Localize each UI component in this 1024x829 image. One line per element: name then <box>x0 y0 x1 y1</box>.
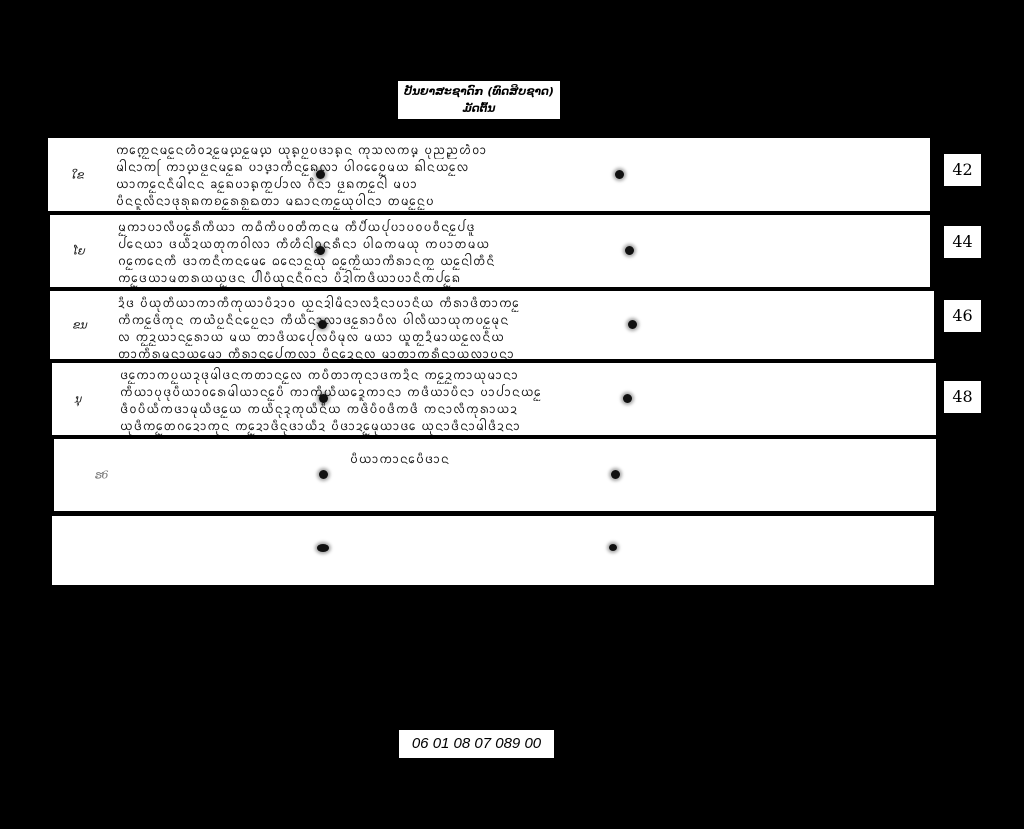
leaf-margin-note: ຮ6 <box>94 469 109 482</box>
leaf-text: ᨯᩥᨴ ᨷᩥᨿᩩᨲᩥᨿᩣᨠᩣᨠᩥᨠᩩᨿᩣᨷᩥᨯᩣᩅ ᨿᩬᨶᨯᩤᨾᩥᨶᩣᩃᨯᩥᨶᩣ… <box>118 295 914 359</box>
leaf-text: ᨴᩮᩬᨠᩣᨠᨷᩬᨿᨯᩩᨴᩩᨾᩤᨴᨶᨠᨲᩣᨶᩮᩬᩃ ᨠᨷᩥᨲᩣᨠᩩᨶᩣᨴᨠᨯᩥᨶ … <box>120 367 916 435</box>
leaf-line: ᨿᩣᨠᩮᩬᨶᨶᩥᨾᩤᨶᨶ ᨡᩮᩬᨦᨷᩣ᩠ᨦᨠᩬᨸᩣᩃ ᨣᩥᨶᩣ ᨴᩬᨦᨠᩮᩬᨶᩤ… <box>116 176 910 193</box>
binding-hole-icon <box>628 320 637 329</box>
page-number-tag: 48 <box>944 381 981 413</box>
leaf-line: ᨲᩣᨠᩥᩁᩩᨾᨶᩣᨿᩮᩬᨾᩣ ᨠᩥᩁᩣᨶᩮᩬᨸᩩᨠᩬᩃᩣ ᨷᩥᨶᩮᨯᩪᨶᩬᩃ ᨾ… <box>118 346 914 359</box>
binding-hole-icon <box>623 394 632 403</box>
leaf-line: ᨾᩤᨶᩣᨠᩕ ᨠᩣ᩠ᨿᨴᩬᨶᨾᩮᩬᨦ ᨷᩣ᩠ᨴᩣᨠᩥᨶᩮᩬᨦᩃᩣ ᨷᩤᨣᩯᩅᩬᨾ… <box>116 159 910 176</box>
leaf-line: ᨷᩥᨿᩣᨠᩣᨶᩮᨷᩥᨴᩣᨶ <box>350 451 916 468</box>
leaf-margin-note: ຂນ <box>72 319 87 332</box>
palm-leaf-3: ຂນ ᨯᩥᨴ ᨷᩥᨿᩩᨲᩥᨿᩣᨠᩣᨠᩥᨠᩩᨿᩣᨷᩥᨯᩣᩅ ᨿᩬᨶᨯᩤᨾᩥᨶᩣᩃᨯ… <box>50 291 934 359</box>
palm-leaf-6 <box>52 516 934 585</box>
leaf-line: ᨠᩮ᩠ᨠᩬᨶᨾᩮᩬᨶᩉᩫᩅᨯᩮᩬᨾ᩠ᨿᩮᩬᨾ᩠ᨿ ᨿᩩ᩠ᨦᨷᩬᨷᨴᩣ᩠ᨦᨶ ᨠᩩ… <box>116 142 910 159</box>
leaf-text: ᨾᩬᨠᩣᨷᩣᩃᩥᨷᩮᩬᩁᩥᨠᩥᨿᩣ ᨠᨵᩥᨠᩥᨷᩅᨲᩥᨠᨶᨾ ᨠᩥᨸᩥᨿᨸᩩᨷᩣ… <box>118 219 910 287</box>
binding-hole-icon <box>625 246 634 255</box>
leaf-line: ᨠᩥᨿᩣᨷᩩᨴᩩᨷᩥᨿᩣᩅᩮᩁᨾᩤᨿᩣᨶᩮᩬᨷᩥ ᨠᩣᨠᩥᨿᩥᨿᩮᨯᩪᨠᩣᨶᩣ … <box>120 384 916 401</box>
leaf-text: ᨷᩥᨿᩣᨠᩣᨶᩮᨷᩥᨴᩣᨶ <box>350 451 916 468</box>
palm-leaf-4: ນຸ ᨴᩮᩬᨠᩣᨠᨷᩬᨿᨯᩩᨴᩩᨾᩤᨴᨶᨠᨲᩣᨶᩮᩬᩃ ᨠᨷᩥᨲᩣᨠᩩᨶᩣᨴᨠᨯ… <box>52 363 936 435</box>
binding-hole-icon <box>319 394 328 403</box>
leaf-margin-note: ໃຂ <box>70 168 84 181</box>
leaf-margin-note: ນຸ <box>74 393 81 406</box>
binding-hole-icon <box>316 170 325 179</box>
leaf-margin-note: ໂຍ <box>72 245 85 258</box>
binding-hole-icon <box>316 246 325 255</box>
leaf-line: ᩃ ᨠᩬᨯᩬᨿᩣᨶᩮᩬᩁᩣᨿ ᨾᨿ ᨲᩣᨴᩥᨿᩮᨸᩩᩃᨷᩥᨾᩩᩃ ᨾᨿᩣ ᨿᩪᨲ… <box>118 329 914 346</box>
palm-leaf-1: ໃຂ ᨠᩮ᩠ᨠᩬᨶᨾᩮᩬᨶᩉᩫᩅᨯᩮᩬᨾ᩠ᨿᩮᩬᨾ᩠ᨿ ᨿᩩ᩠ᨦᨷᩬᨷᨴᩣ᩠ᨦᨶ… <box>48 138 930 211</box>
leaf-line: ᨴᩮᩬᨠᩣᨠᨷᩬᨿᨯᩩᨴᩩᨾᩤᨴᨶᨠᨲᩣᨶᩮᩬᩃ ᨠᨷᩥᨲᩣᨠᩩᨶᩣᨴᨠᨯᩥᨶ … <box>120 367 916 384</box>
leaf-line: ᨯᩥᨴ ᨷᩥᨿᩩᨲᩥᨿᩣᨠᩣᨠᩥᨠᩩᨿᩣᨷᩥᨯᩣᩅ ᨿᩬᨶᨯᩤᨾᩥᨶᩣᩃᨯᩥᨶᩣ… <box>118 295 914 312</box>
leaf-text: ᨠᩮ᩠ᨠᩬᨶᨾᩮᩬᨶᩉᩫᩅᨯᩮᩬᨾ᩠ᨿᩮᩬᨾ᩠ᨿ ᨿᩩ᩠ᨦᨷᩬᨷᨴᩣ᩠ᨦᨶ ᨠᩩ… <box>116 142 910 210</box>
leaf-line: ᨾᩬᨠᩣᨷᩣᩃᩥᨷᩮᩬᩁᩥᨠᩥᨿᩣ ᨠᨵᩥᨠᩥᨷᩅᨲᩥᨠᨶᨾ ᨠᩥᨸᩥᨿᨸᩩᨷᩣ… <box>118 219 910 236</box>
binding-hole-icon <box>317 544 329 552</box>
binding-hole-icon <box>609 544 617 551</box>
binding-hole-icon <box>615 170 624 179</box>
title-line-1: ປັນຍາສະຊາດົກ (ທົດສິບຊາດ) <box>398 83 560 100</box>
leaf-line: ᨸᩮᨶᨿᩣ ᨴᨿᩥᨯᨿᨲᩩᨠᩅᩤᩃᩣ ᨠᩥᩉᩥᨶᩤᩅᩬᩬᨶᩁᩥᨶᩣ ᨷᩤᨵᨠᨾᨿ… <box>118 236 910 253</box>
reference-number-label: 06 01 08 07 089 00 <box>399 730 554 758</box>
leaf-line: ᨠᩥᨠᩮᩬᨴᩥᨠᩩᨶ ᨠᨿᩫᨷᩬᨶᩥᨶᩮᨷᩬᨶᩣ ᨠᩥᨿᩥᨶᩣᩃᩣᨴᩮᩬᩁᩣᨷᩥ… <box>118 312 914 329</box>
palm-leaf-5: ຮ6 ᨷᩥᨿᩣᨠᩣᨶᩮᨷᩥᨴᩣᨶ <box>54 439 936 511</box>
binding-hole-icon <box>319 470 328 479</box>
leaf-line: ᨿᩩᨴᩥᨠᩮᩬᨲᨣᩮᨯᩣᨠᩩᨶ ᨠᩮᩬᨯᩣᨴᩥᨶᩩᨴᩣᨿᩥᨯ ᨷᩥᨴᩣᨯᩮᩬᨾᩩ… <box>120 418 916 435</box>
page-number-tag: 46 <box>944 300 981 332</box>
title-line-2: ມັດຕົ້ນ <box>398 100 560 117</box>
manuscript-title-label: ປັນຍາສະຊາດົກ (ທົດສິບຊາດ) ມັດຕົ້ນ <box>398 81 560 119</box>
leaf-line: ᨣᩮᩬᨠᩮᨶᨠᩥ ᨴᩣᨠᨶᩥᨠᨶᩮᨾᩮ ᨵᩮᨶᩣᨶᩬᨿᩩ ᨵᩮᩬᨠᩥᩬᨿᩣᨠᩥᩁ… <box>118 253 910 270</box>
palm-leaf-2: ໂຍ ᨾᩬᨠᩣᨷᩣᩃᩥᨷᩮᩬᩁᩥᨠᩥᨿᩣ ᨠᨵᩥᨠᩥᨷᩅᨲᩥᨠᨶᨾ ᨠᩥᨸᩥᨿᨸ… <box>50 215 930 287</box>
leaf-line: ᨷᩥᨶᨶᩪᩃᩥᨶᩣᨴᩩᩁᩩᨦᨠᨧᩮᩬᩁᩁᩬᨳᨲᩣ ᨾᨳᩣᨶᨠᩮᩬᨿᩩᨷᩤᨶᩣ ᨲ… <box>116 193 910 210</box>
leaf-line: ᨴᩥᩅᨷᩥᨿᩥᨠᨴᩣᨾᩩᨿᩥᨴᩮᩬᨿ ᨠᨿᩥᨶᩩᨯᩩᨠᩩᨿᩥᨶᩥᨿ ᨠᨴᩥᨷᩥᩅ… <box>120 401 916 418</box>
page-number-tag: 42 <box>944 154 981 186</box>
leaf-line: ᨠᩮᩬᨴᨿᩣᨾᨲᩁᨿᨿᩬᨴᨶ ᨸᩤᨷᩥᨿᩩᨶᨶᩥᨣᨶᩣ ᨷᩥᨯᩤᨠᨴᩥᨿᩣᨷᩣᨶ… <box>118 270 910 287</box>
page-number-tag: 44 <box>944 226 981 258</box>
binding-hole-icon <box>318 320 327 329</box>
binding-hole-icon <box>611 470 620 479</box>
